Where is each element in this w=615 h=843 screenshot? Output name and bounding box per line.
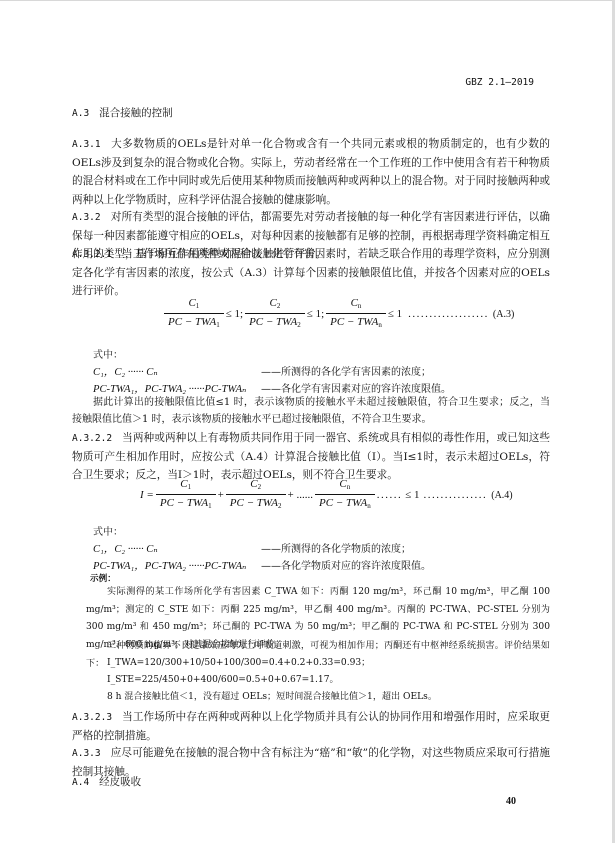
clause-number: A.3.2.1 bbox=[72, 249, 112, 260]
example-conclusion: 8 h 混合接触比值＜1，没有超过 OELs；短时间混合接触比值＞1，超出 OE… bbox=[86, 689, 550, 707]
section-heading-a4: A.4经皮吸收 bbox=[72, 774, 141, 789]
where-label: 式中： bbox=[93, 346, 123, 361]
formula-a4: I = C1 PC − TWA1 + C2 PC − TWA2 + ......… bbox=[140, 477, 513, 513]
example-i-ste: I_STE=225/450+0+400/600=0.5+0+0.67=1.17。 bbox=[86, 672, 550, 690]
section-number: A.3 bbox=[72, 108, 89, 119]
fraction-n: Cn PC − TWAn bbox=[315, 477, 375, 513]
variable-definition-pc-twa: PC-TWA₁，PC-TWA₂ ······PC-TWAₙ——各化学有害因素对应… bbox=[93, 380, 451, 396]
clause-number: A.3.2.3 bbox=[72, 712, 112, 723]
clause-number: A.3.2.2 bbox=[72, 433, 112, 444]
clause-text: 大多数物质的OELs是针对单一化合物或含有一个共同元素或根的物质制定的，也有少数… bbox=[72, 138, 550, 206]
variable-definition-c: C₁，C₂ ······ Cₙ——所测得的各化学物质的浓度； bbox=[93, 540, 411, 556]
section-number: A.4 bbox=[72, 777, 89, 788]
section-title: 经皮吸收 bbox=[99, 776, 141, 788]
standard-number: GBZ 2.1—2019 bbox=[465, 77, 534, 88]
formula-a3: C1 PC − TWA1 ≤ 1; C2 PC − TWA2 ≤ 1; Cn P… bbox=[162, 296, 514, 332]
judgement-text: 据此计算出的接触限值比值≤1 时，表示该物质的接触水平未超过接触限值，符合卫生要… bbox=[72, 395, 550, 428]
clause-a3-1: A.3.1大多数物质的OELs是针对单一化合物或含有一个共同元素或根的物质制定的… bbox=[72, 135, 550, 209]
document-page: GBZ 2.1—2019 A.3混合接触的控制 A.3.1大多数物质的OELs是… bbox=[0, 0, 612, 843]
variable-definition-pc-twa: PC-TWA₁，PC-TWA₂ ······PC-TWAₙ——各化学物质对应的容… bbox=[93, 557, 431, 573]
clause-text: 当两种或两种以上有毒物质共同作用于同一器官、系统或具有相似的毒性作用，或已知这些… bbox=[72, 432, 550, 481]
clause-number: A.3.1 bbox=[72, 139, 101, 150]
variable-definition-c: C₁，C₂ ······ Cₙ——所测得的各化学有害因素的浓度； bbox=[93, 363, 431, 379]
fraction-n: Cn PC − TWAn bbox=[326, 296, 386, 332]
fraction-2: C2 PC − TWA2 bbox=[226, 477, 286, 513]
fraction-1: C1 PC − TWA1 bbox=[156, 477, 216, 513]
clause-text: 应尽可能避免在接触的混合物中含有标注为“癌”和“敏”的化学物，对这些物质应采取可… bbox=[72, 747, 550, 778]
example-i-twa: I_TWA=120/300+10/50+100/300=0.4+0.2+0.33… bbox=[86, 655, 550, 673]
equation-number: (A.3) bbox=[493, 309, 514, 320]
clause-a3-2-1: A.3.2.1当工作场所存在两种或两种以上化学有害因素时，若缺乏联合作用的毒理学… bbox=[72, 245, 550, 301]
section-title: 混合接触的控制 bbox=[99, 107, 173, 119]
fraction-1: C1 PC − TWA1 bbox=[164, 296, 224, 332]
example-label: 示例： bbox=[90, 572, 116, 584]
clause-text: 当工作场所存在两种或两种以上化学有害因素时，若缺乏联合作用的毒理学资料，应分别测… bbox=[72, 248, 550, 297]
clause-number: A.3.3 bbox=[72, 748, 101, 759]
clause-number: A.3.2 bbox=[72, 212, 101, 223]
clause-a3-3: A.3.3应尽可能避免在接触的混合物中含有标注为“癌”和“敏”的化学物，对这些物… bbox=[72, 744, 550, 781]
fraction-2: C2 PC − TWA2 bbox=[245, 296, 305, 332]
clause-a3-2-3: A.3.2.3当工作场所中存在两种或两种以上化学物质并具有公认的协同作用和增强作… bbox=[72, 708, 550, 745]
section-heading-a3: A.3混合接触的控制 bbox=[72, 105, 173, 120]
equation-number: (A.4) bbox=[491, 490, 512, 501]
clause-text: 当工作场所中存在两种或两种以上化学物质并具有公认的协同作用和增强作用时，应采取更… bbox=[72, 711, 550, 742]
where-label: 式中： bbox=[93, 523, 123, 538]
page-number: 40 bbox=[506, 796, 516, 807]
